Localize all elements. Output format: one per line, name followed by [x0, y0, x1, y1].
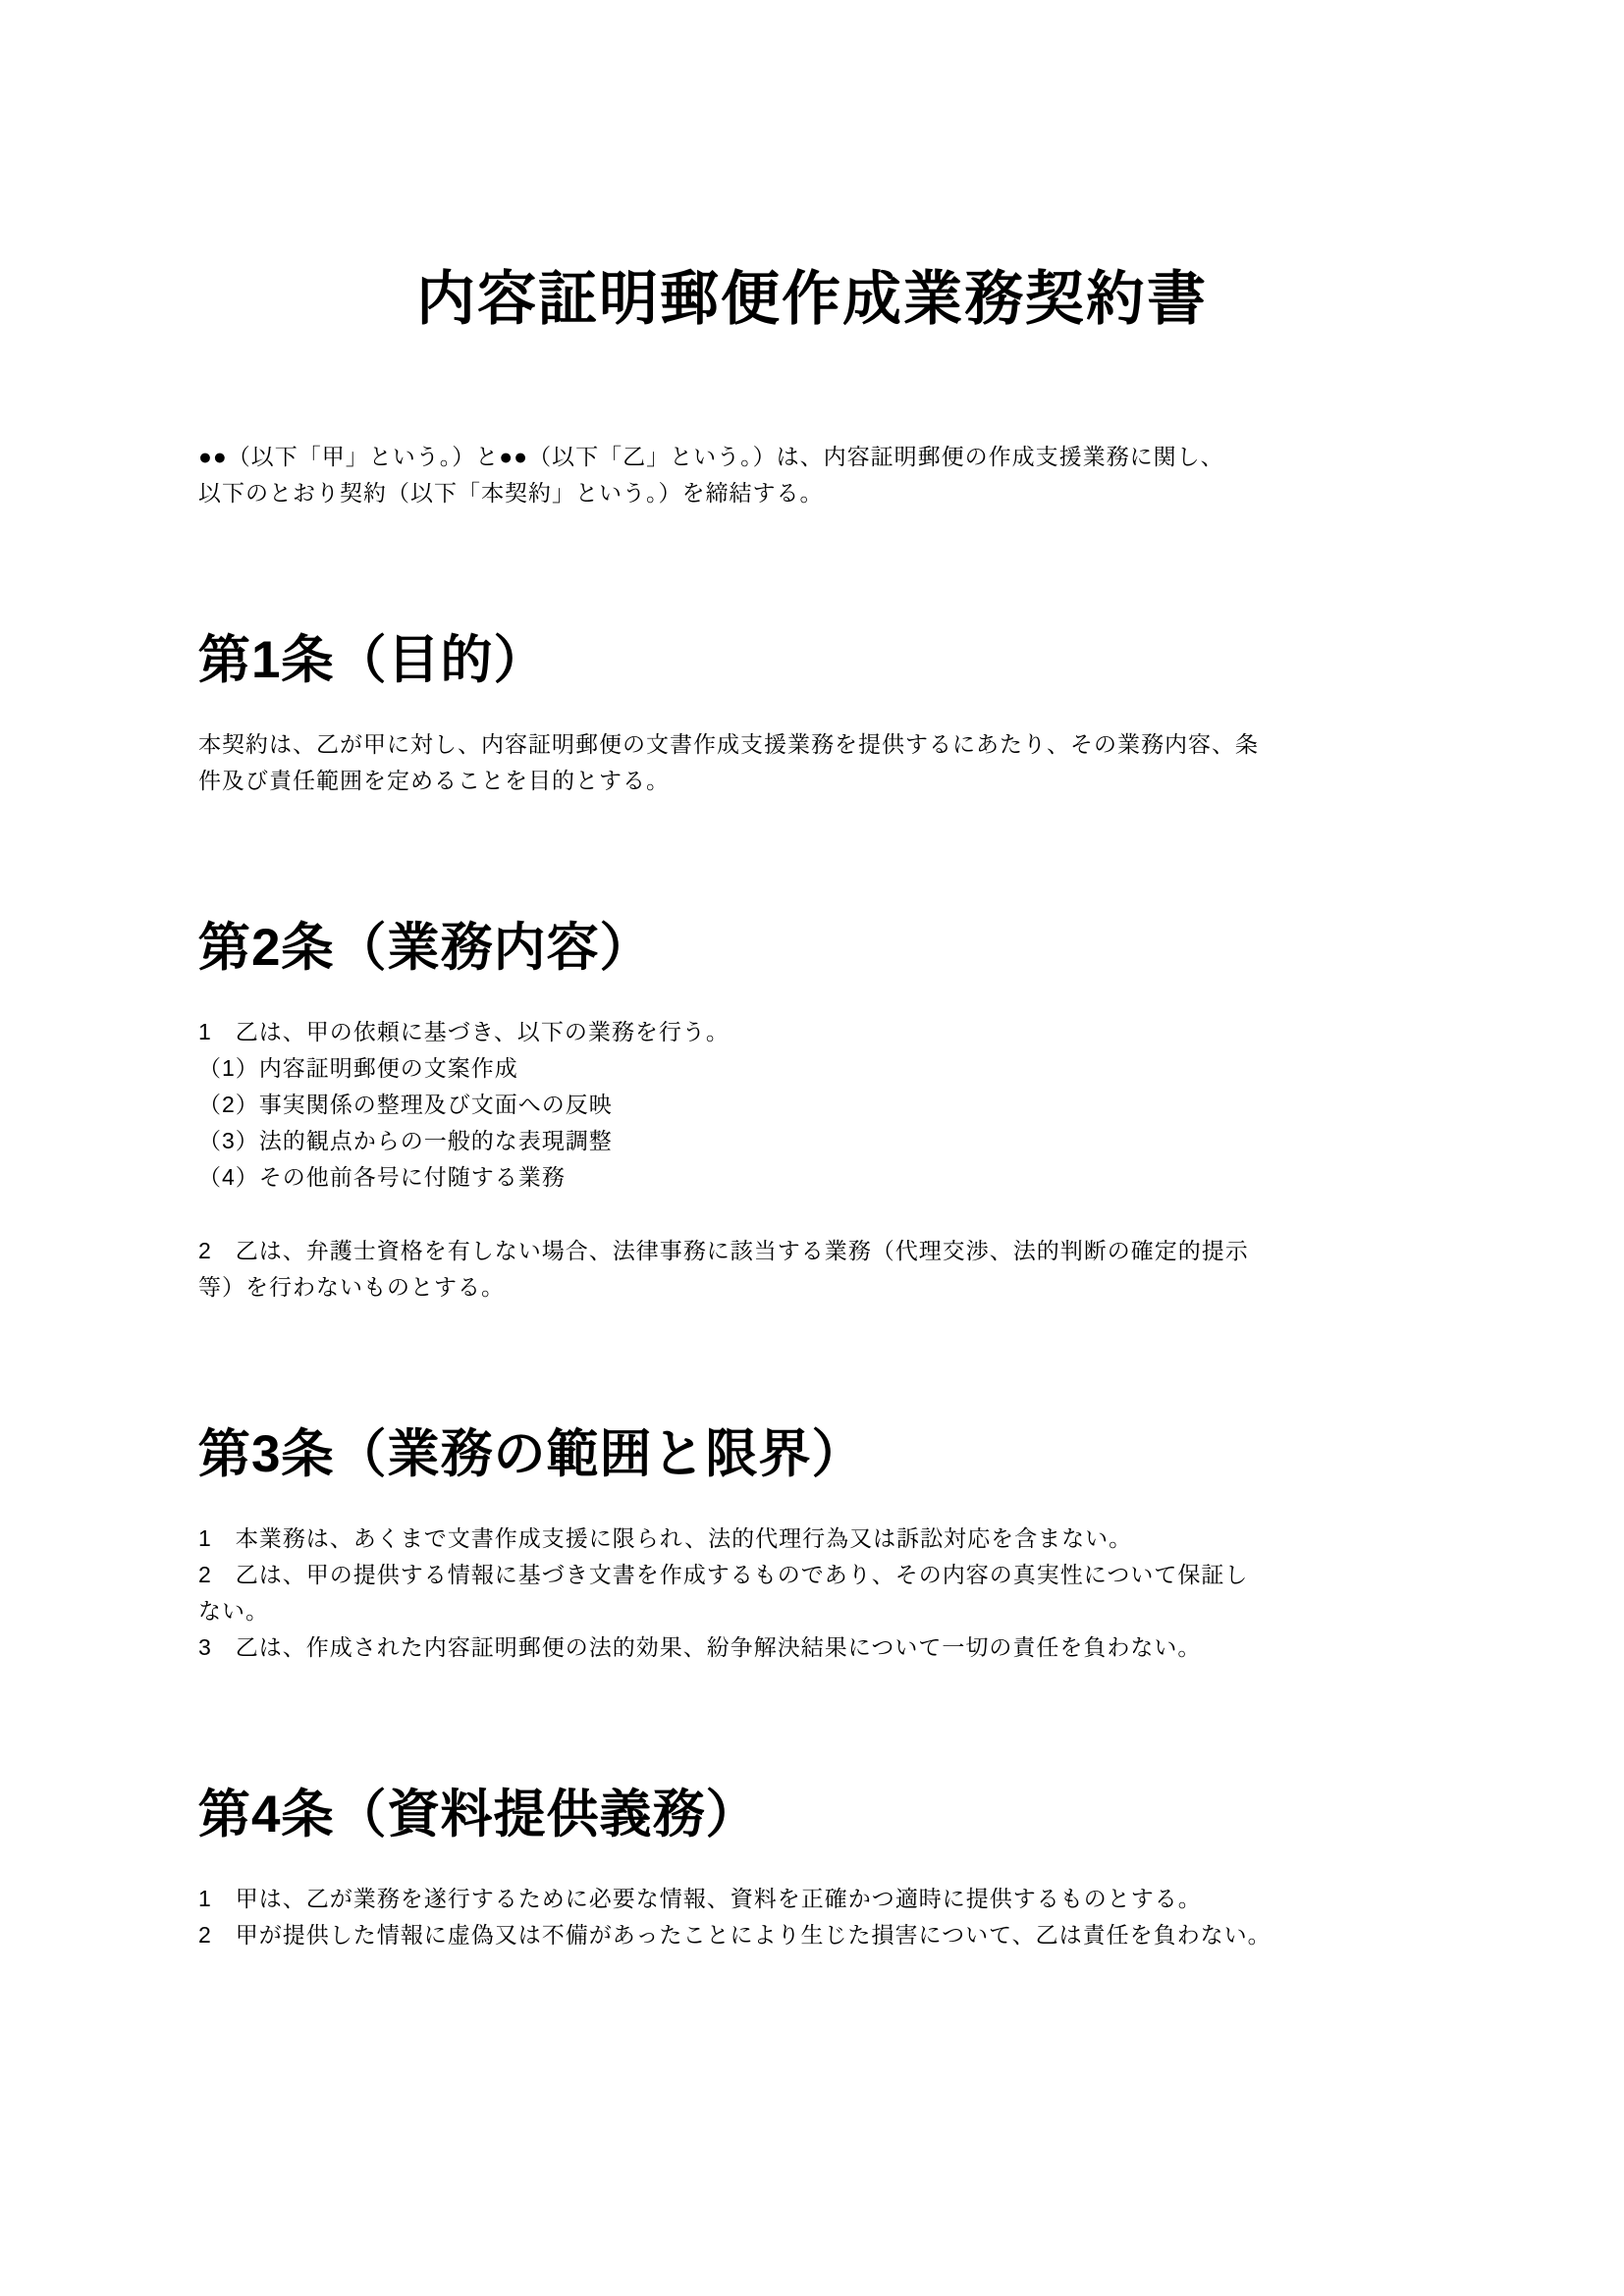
section-2-paragraph-2: 2 乙は、弁護士資格を有しない場合、法律事務に該当する業務（代理交渉、法的判断の… [198, 1233, 1426, 1306]
section-2-task-list-paragraph: 1 乙は、甲の依頼に基づき、以下の業務を行う。 （1）内容証明郵便の文案作成 （… [198, 1014, 1426, 1196]
document-title: 内容証明郵便作成業務契約書 [198, 265, 1426, 333]
section-2-heading: 第2条（業務内容） [198, 921, 1426, 976]
intro-paragraph: ●●（以下「甲」という。）と●●（以下「乙」という。）は、内容証明郵便の作成支援… [198, 439, 1426, 511]
section-1-heading: 第1条（目的） [198, 633, 1426, 688]
section-3-paragraph: 1 本業務は、あくまで文書作成支援に限られ、法的代理行為又は訴訟対応を含まない。… [198, 1521, 1426, 1666]
contract-document-page: 内容証明郵便作成業務契約書 ●●（以下「甲」という。）と●●（以下「乙」という。… [0, 0, 1624, 2296]
section-1-paragraph: 本契約は、乙が甲に対し、内容証明郵便の文書作成支援業務を提供するにあたり、その業… [198, 726, 1426, 799]
section-3-heading: 第3条（業務の範囲と限界） [198, 1427, 1426, 1482]
section-4-paragraph: 1 甲は、乙が業務を遂行するために必要な情報、資料を正確かつ適時に提供するものと… [198, 1881, 1426, 1953]
section-4-heading: 第4条（資料提供義務） [198, 1788, 1426, 1842]
